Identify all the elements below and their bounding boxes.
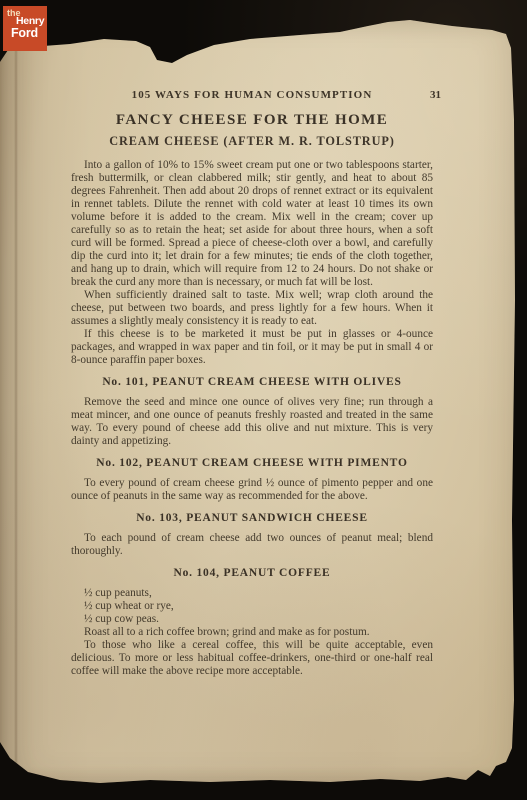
page-number: 31	[430, 89, 441, 101]
ingredient-list: ½ cup peanuts, ½ cup wheat or rye, ½ cup…	[71, 587, 433, 626]
recipe-103-heading: No. 103, PEANUT SANDWICH CHEESE	[71, 512, 433, 524]
recipe-104-heading: No. 104, PEANUT COFFEE	[71, 567, 433, 579]
page-crease	[14, 48, 18, 776]
recipe-101-paragraph: Remove the seed and mince one ounce of o…	[71, 396, 433, 448]
ingredient-line: ½ cup wheat or rye,	[71, 600, 433, 613]
recipe-102-heading: No. 102, PEANUT CREAM CHEESE WITH PIMENT…	[71, 457, 433, 469]
recipe-104-paragraph: Roast all to a rich coffee brown; grind …	[71, 626, 433, 639]
running-header-row: 105 WAYS FOR HUMAN CONSUMPTION 31	[71, 89, 433, 101]
recipe-103-paragraph: To each pound of cream cheese add two ou…	[71, 532, 433, 558]
printed-text-block: 105 WAYS FOR HUMAN CONSUMPTION 31 FANCY …	[71, 89, 433, 678]
ingredient-line: ½ cup cow peas.	[71, 613, 433, 626]
recipe-101-heading: No. 101, PEANUT CREAM CHEESE WITH OLIVES	[71, 376, 433, 388]
intro-paragraph: Into a gallon of 10% to 15% sweet cream …	[71, 159, 433, 289]
page-subtitle: CREAM CHEESE (AFTER M. R. TOLSTRUP)	[71, 134, 433, 149]
running-header: 105 WAYS FOR HUMAN CONSUMPTION	[132, 89, 373, 101]
page-title: FANCY CHEESE FOR THE HOME	[71, 112, 433, 129]
intro-paragraph: When sufficiently drained salt to taste.…	[71, 289, 433, 328]
recipe-102-paragraph: To every pound of cream cheese grind ½ o…	[71, 477, 433, 503]
book-page: 105 WAYS FOR HUMAN CONSUMPTION 31 FANCY …	[0, 0, 527, 800]
recipe-104-paragraph: To those who like a cereal coffee, this …	[71, 639, 433, 678]
archive-scan-photo: 105 WAYS FOR HUMAN CONSUMPTION 31 FANCY …	[0, 0, 527, 800]
intro-paragraph: If this cheese is to be marketed it must…	[71, 328, 433, 367]
henry-ford-logo: the Henry Ford	[3, 6, 47, 51]
logo-text-ford: Ford	[11, 26, 38, 40]
ingredient-line: ½ cup peanuts,	[71, 587, 433, 600]
